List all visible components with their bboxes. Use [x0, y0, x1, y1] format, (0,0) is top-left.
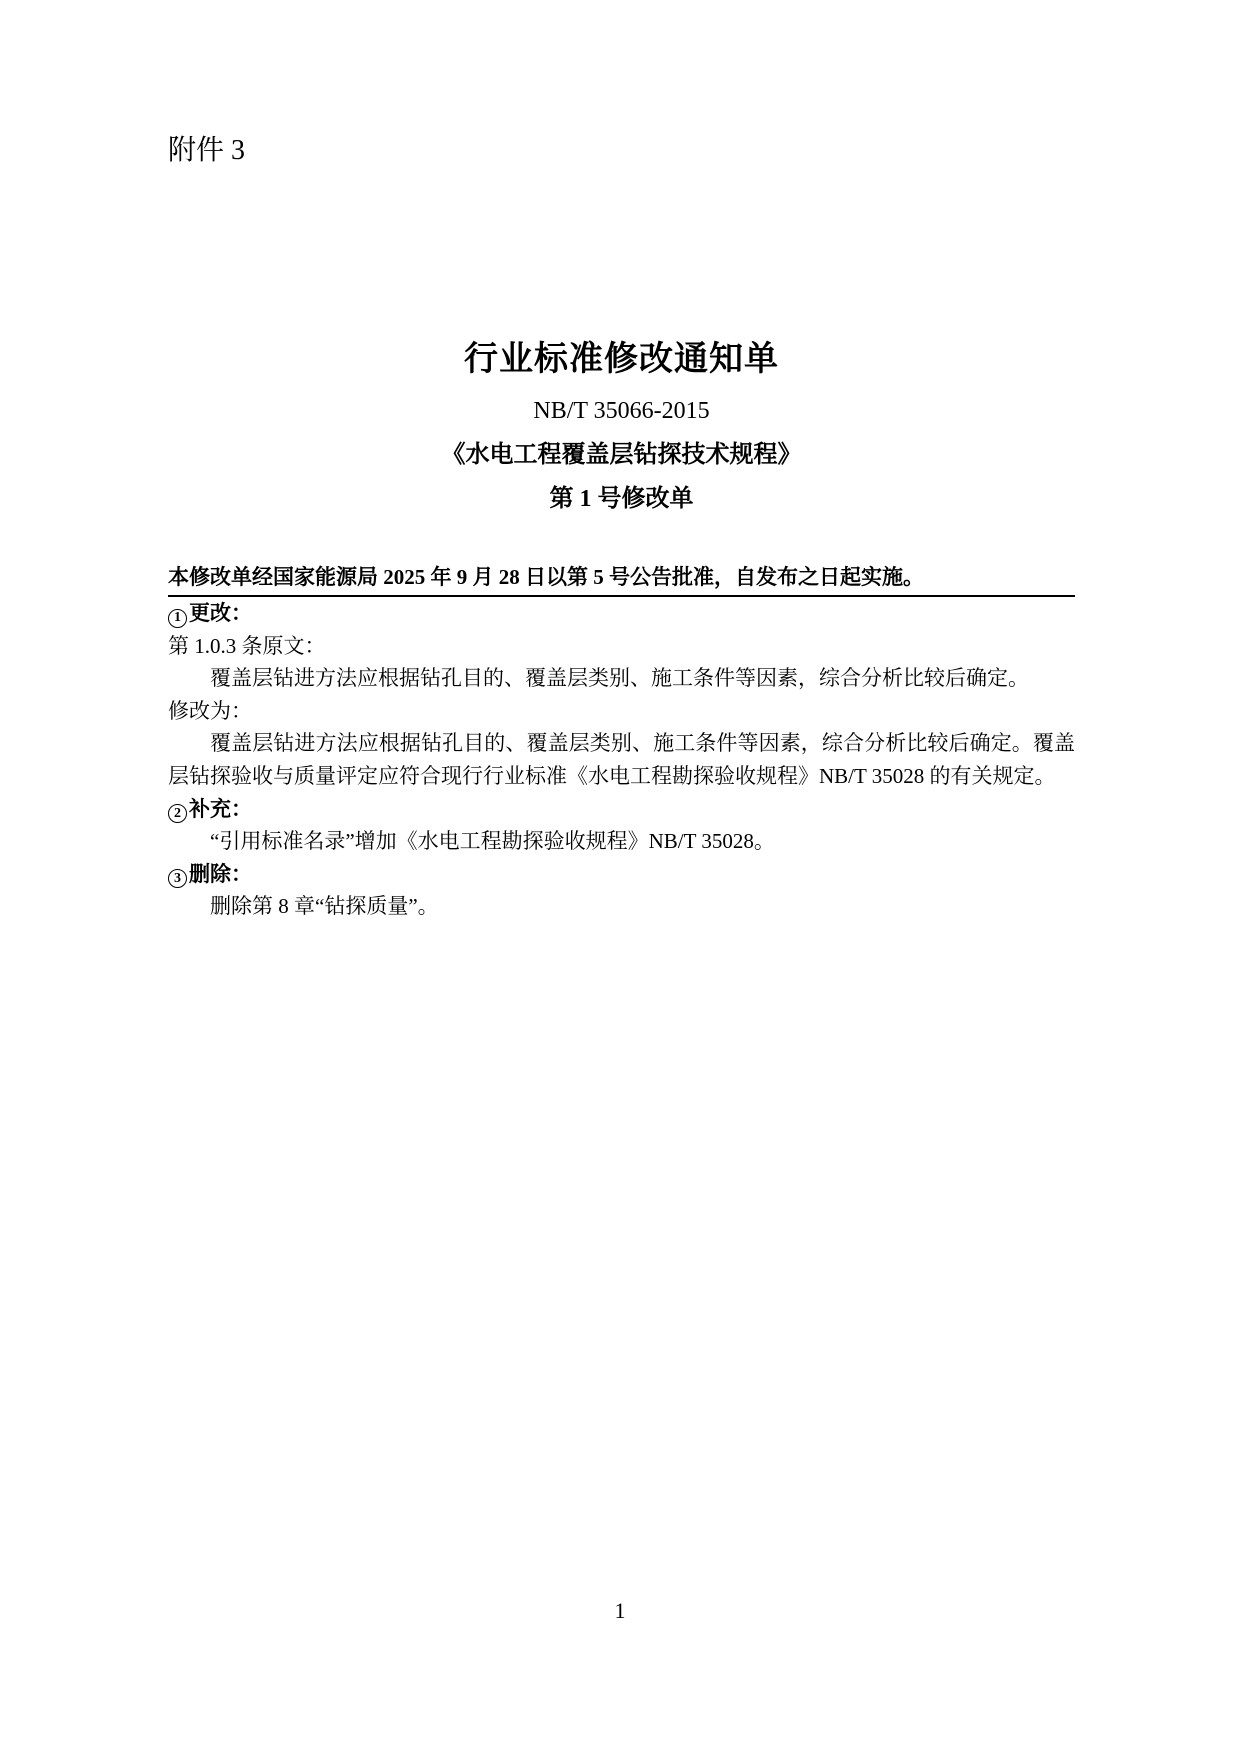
section-deletion-heading-label: 删除：	[189, 862, 252, 886]
change-revised-label: 修改为：	[168, 695, 1075, 728]
change-revised-text: 覆盖层钻进方法应根据钻孔目的、覆盖层类别、施工条件等因素，综合分析比较后确定。覆…	[168, 727, 1075, 792]
change-original-label: 第 1.0.3 条原文：	[168, 630, 1075, 663]
attachment-label: 附件 3	[168, 0, 1075, 168]
modification-body: 1 更改： 第 1.0.3 条原文： 覆盖层钻进方法应根据钻孔目的、覆盖层类别、…	[168, 597, 1075, 923]
standard-number: NB/T 35066-2015	[168, 394, 1075, 428]
page-content: 附件 3 行业标准修改通知单 NB/T 35066-2015 《水电工程覆盖层钻…	[168, 0, 1075, 923]
document-title: 行业标准修改通知单	[168, 338, 1075, 382]
section-deletion-heading: 3 删除：	[168, 858, 1075, 891]
document-page: 附件 3 行业标准修改通知单 NB/T 35066-2015 《水电工程覆盖层钻…	[0, 0, 1240, 1753]
page-number: 1	[0, 1596, 1240, 1626]
standard-name: 《水电工程覆盖层钻探技术规程》	[168, 438, 1075, 472]
circled-number-2-digit: 2	[174, 807, 181, 821]
circled-number-1-digit: 1	[174, 611, 181, 625]
change-original-text: 覆盖层钻进方法应根据钻孔目的、覆盖层类别、施工条件等因素，综合分析比较后确定。	[168, 662, 1075, 695]
circled-number-3-icon: 3	[168, 869, 187, 888]
supplement-text: “引用标准名录”增加《水电工程勘探验收规程》NB/T 35028。	[168, 825, 1075, 858]
section-supplement-heading: 2 补充：	[168, 793, 1075, 826]
section-supplement-heading-label: 补充：	[189, 797, 252, 821]
circled-number-1-icon: 1	[168, 609, 187, 628]
modification-number: 第 1 号修改单	[168, 482, 1075, 516]
approval-statement: 本修改单经国家能源局 2025 年 9 月 28 日以第 5 号公告批准，自发布…	[168, 562, 1075, 597]
section-change-heading-label: 更改：	[189, 601, 252, 625]
deletion-text: 删除第 8 章“钻探质量”。	[168, 890, 1075, 923]
section-change-heading: 1 更改：	[168, 597, 1075, 630]
circled-number-3-digit: 3	[174, 872, 181, 886]
circled-number-2-icon: 2	[168, 804, 187, 823]
